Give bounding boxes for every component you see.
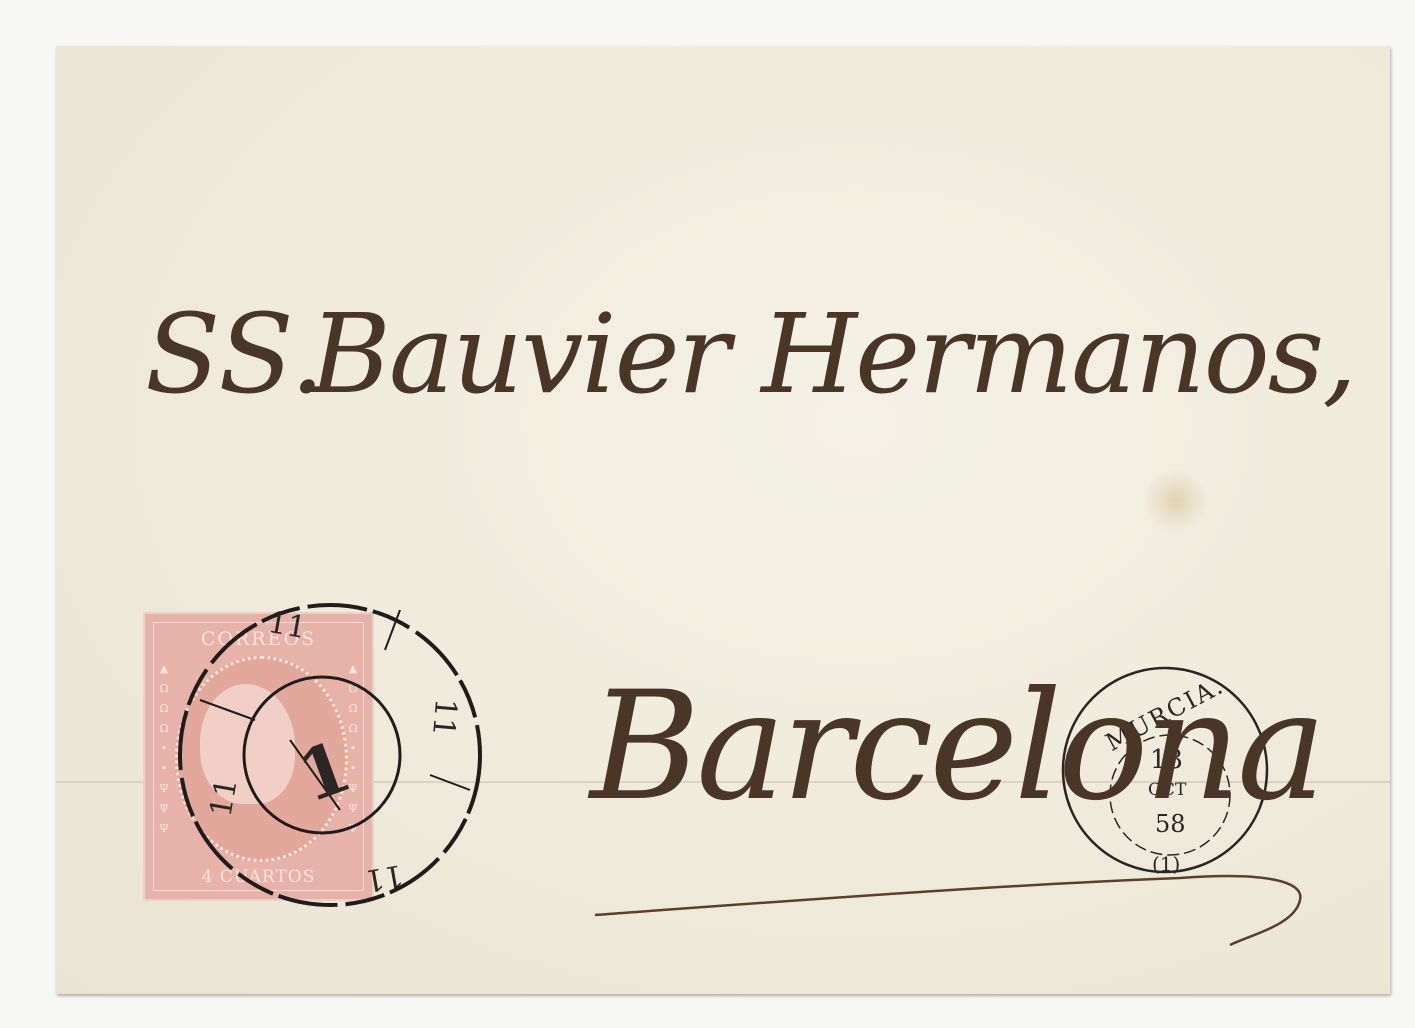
ink-layer (0, 0, 1415, 1028)
flourish-underline (595, 876, 1300, 945)
address-city: Barcelona (590, 660, 1322, 834)
cancel-mark-bottom: 11 (362, 857, 406, 898)
address-prefix: SS. (145, 290, 325, 418)
cancel-mark-left: 11 (204, 776, 245, 820)
postmark-bottom: (1) (1152, 852, 1180, 876)
cancel-mark-right: 11 (425, 697, 463, 738)
address-recipient: Bauvier Hermanos, (310, 290, 1355, 418)
cancel-mark-top: 11 (265, 605, 309, 646)
